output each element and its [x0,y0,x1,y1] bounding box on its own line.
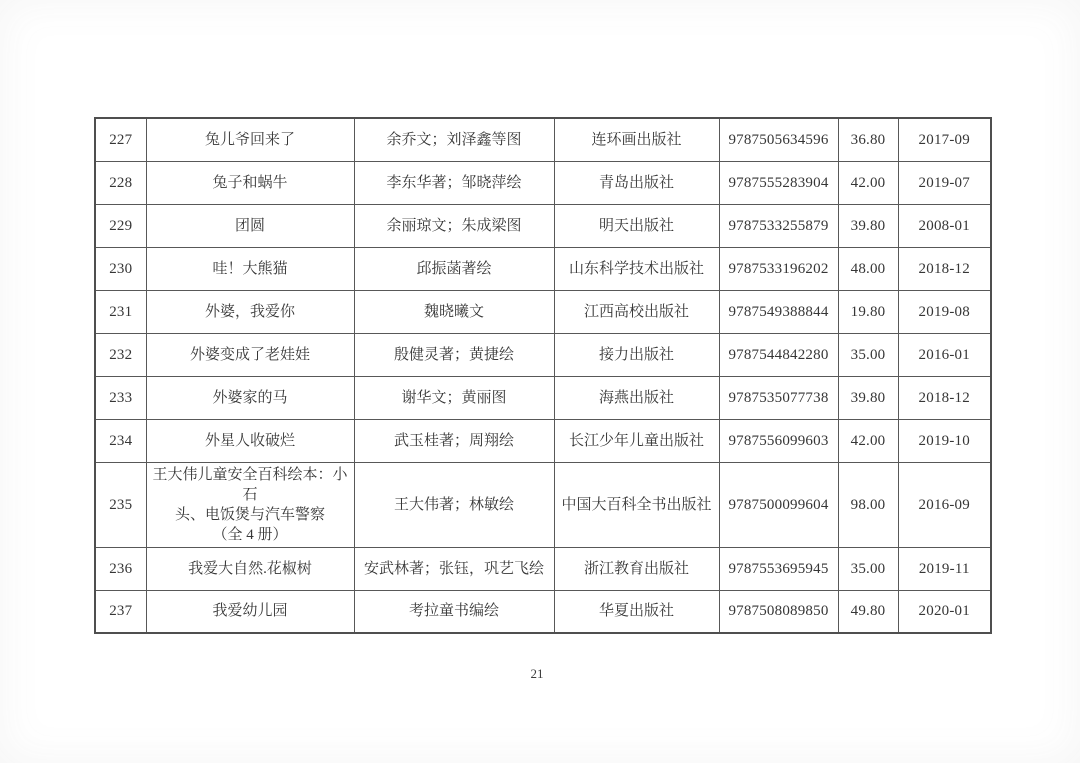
cell-isbn: 9787556099603 [719,419,838,462]
cell-publisher: 接力出版社 [554,333,719,376]
cell-price: 42.00 [838,161,898,204]
cell-row-number: 233 [95,376,146,419]
cell-price: 98.00 [838,462,898,547]
cell-author: 王大伟著；林敏绘 [354,462,554,547]
cell-publish-date: 2008-01 [898,204,991,247]
cell-author: 余乔文；刘泽鑫等图 [354,118,554,161]
cell-isbn: 9787500099604 [719,462,838,547]
book-list-table: 227 兔儿爷回来了 余乔文；刘泽鑫等图 连环画出版社 978750563459… [94,117,992,634]
cell-price: 39.80 [838,204,898,247]
cell-price: 19.80 [838,290,898,333]
cell-publish-date: 2019-08 [898,290,991,333]
cell-publisher: 江西高校出版社 [554,290,719,333]
cell-publish-date: 2018-12 [898,376,991,419]
cell-publisher: 山东科学技术出版社 [554,247,719,290]
cell-row-number: 227 [95,118,146,161]
table-row: 235 王大伟儿童安全百科绘本：小石 头、电饭煲与汽车警察 （全 4 册） 王大… [95,462,991,547]
cell-price: 35.00 [838,547,898,590]
cell-book-title: 团圆 [146,204,354,247]
table-row: 229 团圆 余丽琼文；朱成梁图 明天出版社 9787533255879 39.… [95,204,991,247]
cell-row-number: 230 [95,247,146,290]
cell-publisher: 明天出版社 [554,204,719,247]
page-number: 21 [0,666,1074,682]
table-row: 227 兔儿爷回来了 余乔文；刘泽鑫等图 连环画出版社 978750563459… [95,118,991,161]
cell-row-number: 237 [95,590,146,633]
cell-isbn: 9787544842280 [719,333,838,376]
cell-book-title: 外婆家的马 [146,376,354,419]
cell-row-number: 228 [95,161,146,204]
table-row: 231 外婆，我爱你 魏晓曦文 江西高校出版社 9787549388844 19… [95,290,991,333]
cell-publish-date: 2019-11 [898,547,991,590]
cell-isbn: 9787555283904 [719,161,838,204]
cell-publish-date: 2019-10 [898,419,991,462]
cell-author: 安武林著；张钰，巩艺飞绘 [354,547,554,590]
cell-author: 魏晓曦文 [354,290,554,333]
cell-author: 考拉童书编绘 [354,590,554,633]
cell-publisher: 青岛出版社 [554,161,719,204]
cell-book-title: 兔子和蜗牛 [146,161,354,204]
cell-price: 35.00 [838,333,898,376]
cell-author: 余丽琼文；朱成梁图 [354,204,554,247]
cell-publisher: 中国大百科全书出版社 [554,462,719,547]
document-page: 227 兔儿爷回来了 余乔文；刘泽鑫等图 连环画出版社 978750563459… [0,0,1080,763]
table-row: 233 外婆家的马 谢华文；黄丽图 海燕出版社 9787535077738 39… [95,376,991,419]
cell-book-title: 外婆变成了老娃娃 [146,333,354,376]
cell-book-title: 外婆，我爱你 [146,290,354,333]
cell-publish-date: 2016-01 [898,333,991,376]
cell-publisher: 海燕出版社 [554,376,719,419]
cell-price: 48.00 [838,247,898,290]
cell-row-number: 236 [95,547,146,590]
cell-price: 36.80 [838,118,898,161]
cell-publish-date: 2018-12 [898,247,991,290]
cell-author: 李东华著；邹晓萍绘 [354,161,554,204]
table-row: 236 我爱大自然.花椒树 安武林著；张钰，巩艺飞绘 浙江教育出版社 97875… [95,547,991,590]
cell-price: 39.80 [838,376,898,419]
cell-isbn: 9787553695945 [719,547,838,590]
cell-publisher: 长江少年儿童出版社 [554,419,719,462]
cell-row-number: 229 [95,204,146,247]
cell-row-number: 231 [95,290,146,333]
cell-row-number: 232 [95,333,146,376]
cell-isbn: 9787535077738 [719,376,838,419]
cell-book-title: 哇！大熊猫 [146,247,354,290]
cell-author: 殷健灵著；黄捷绘 [354,333,554,376]
cell-book-title: 兔儿爷回来了 [146,118,354,161]
cell-publish-date: 2019-07 [898,161,991,204]
cell-book-title: 我爱大自然.花椒树 [146,547,354,590]
cell-book-title: 我爱幼儿园 [146,590,354,633]
cell-isbn: 9787549388844 [719,290,838,333]
cell-price: 49.80 [838,590,898,633]
cell-price: 42.00 [838,419,898,462]
cell-isbn: 9787533255879 [719,204,838,247]
cell-publish-date: 2016-09 [898,462,991,547]
cell-row-number: 235 [95,462,146,547]
cell-publish-date: 2020-01 [898,590,991,633]
cell-publisher: 浙江教育出版社 [554,547,719,590]
cell-isbn: 9787505634596 [719,118,838,161]
cell-author: 谢华文；黄丽图 [354,376,554,419]
table-row: 232 外婆变成了老娃娃 殷健灵著；黄捷绘 接力出版社 978754484228… [95,333,991,376]
cell-publisher: 连环画出版社 [554,118,719,161]
cell-author: 邱振菡著绘 [354,247,554,290]
table-row: 234 外星人收破烂 武玉桂著；周翔绘 长江少年儿童出版社 9787556099… [95,419,991,462]
cell-isbn: 9787533196202 [719,247,838,290]
table-row: 228 兔子和蜗牛 李东华著；邹晓萍绘 青岛出版社 9787555283904 … [95,161,991,204]
table-row: 237 我爱幼儿园 考拉童书编绘 华夏出版社 9787508089850 49.… [95,590,991,633]
table-row: 230 哇！大熊猫 邱振菡著绘 山东科学技术出版社 9787533196202 … [95,247,991,290]
cell-publisher: 华夏出版社 [554,590,719,633]
cell-book-title: 王大伟儿童安全百科绘本：小石 头、电饭煲与汽车警察 （全 4 册） [146,462,354,547]
cell-publish-date: 2017-09 [898,118,991,161]
cell-author: 武玉桂著；周翔绘 [354,419,554,462]
cell-row-number: 234 [95,419,146,462]
cell-book-title: 外星人收破烂 [146,419,354,462]
cell-isbn: 9787508089850 [719,590,838,633]
